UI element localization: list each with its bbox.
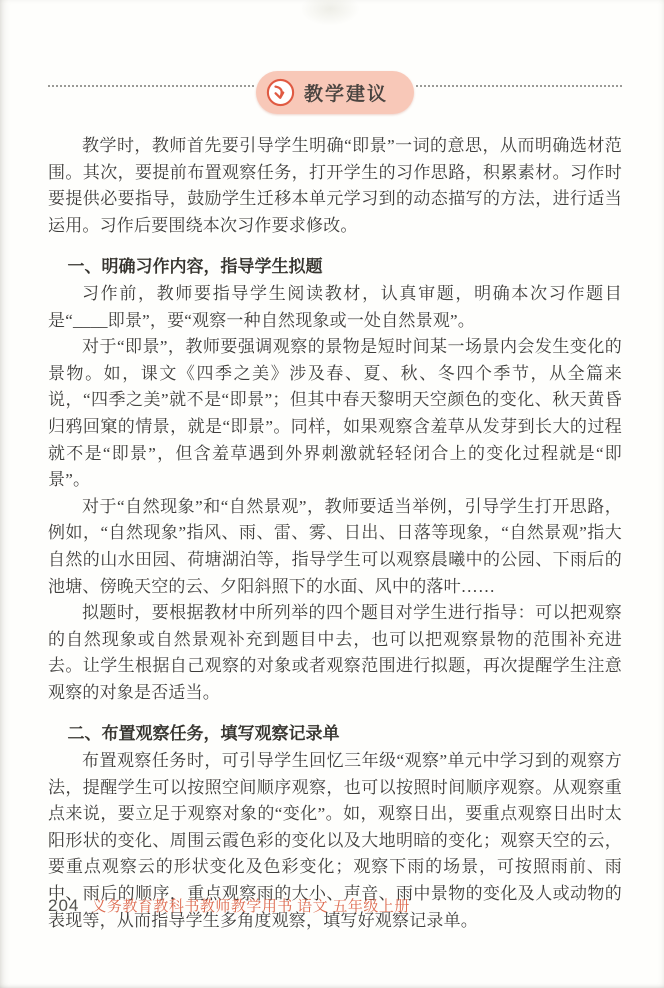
book-title: 义务教育教科书教师教学用书 语文 五年级上册 bbox=[91, 895, 410, 916]
page-content: 教学建议 教学时，教师首先要引导学生明确“即景”一词的意思，从而明确选材范围。其… bbox=[0, 0, 664, 934]
book-page: 教学建议 教学时，教师首先要引导学生明确“即景”一词的意思，从而明确选材范围。其… bbox=[0, 0, 664, 988]
section-1-paragraph-4: 拟题时，要根据教材中所列举的四个题目对学生进行指导：可以把观察的自然现象或自然景… bbox=[48, 600, 622, 706]
section-1-paragraph-1: 习作前，教师要指导学生阅读教材，认真审题，明确本次习作题目是“____即景”，要… bbox=[48, 281, 622, 334]
page-footer: 204 义务教育教科书教师教学用书 语文 五年级上册 bbox=[48, 895, 410, 916]
section-1-paragraph-2: 对于“即景”，教师要强调观察的景物是短时间某一场景内会发生变化的景物。如，课文《… bbox=[48, 334, 622, 494]
intro-paragraph: 教学时，教师首先要引导学生明确“即景”一词的意思，从而明确选材范围。其次，要提前… bbox=[48, 133, 622, 239]
section-1-heading: 一、明确习作内容，指导学生拟题 bbox=[48, 254, 622, 281]
badge-label: 教学建议 bbox=[304, 79, 388, 106]
dotted-rule-left bbox=[48, 85, 254, 87]
section-header: 教学建议 bbox=[48, 70, 622, 114]
curved-down-arrow-icon bbox=[266, 78, 295, 107]
section-2-heading: 二、布置观察任务，填写观察记录单 bbox=[48, 721, 622, 748]
page-number: 204 bbox=[48, 896, 79, 916]
dotted-rule-right bbox=[416, 85, 622, 87]
section-1-paragraph-3: 对于“自然现象”和“自然景观”，教师要适当举例，引导学生打开思路，例如，“自然现… bbox=[48, 494, 622, 600]
teaching-suggestions-badge: 教学建议 bbox=[256, 71, 414, 114]
